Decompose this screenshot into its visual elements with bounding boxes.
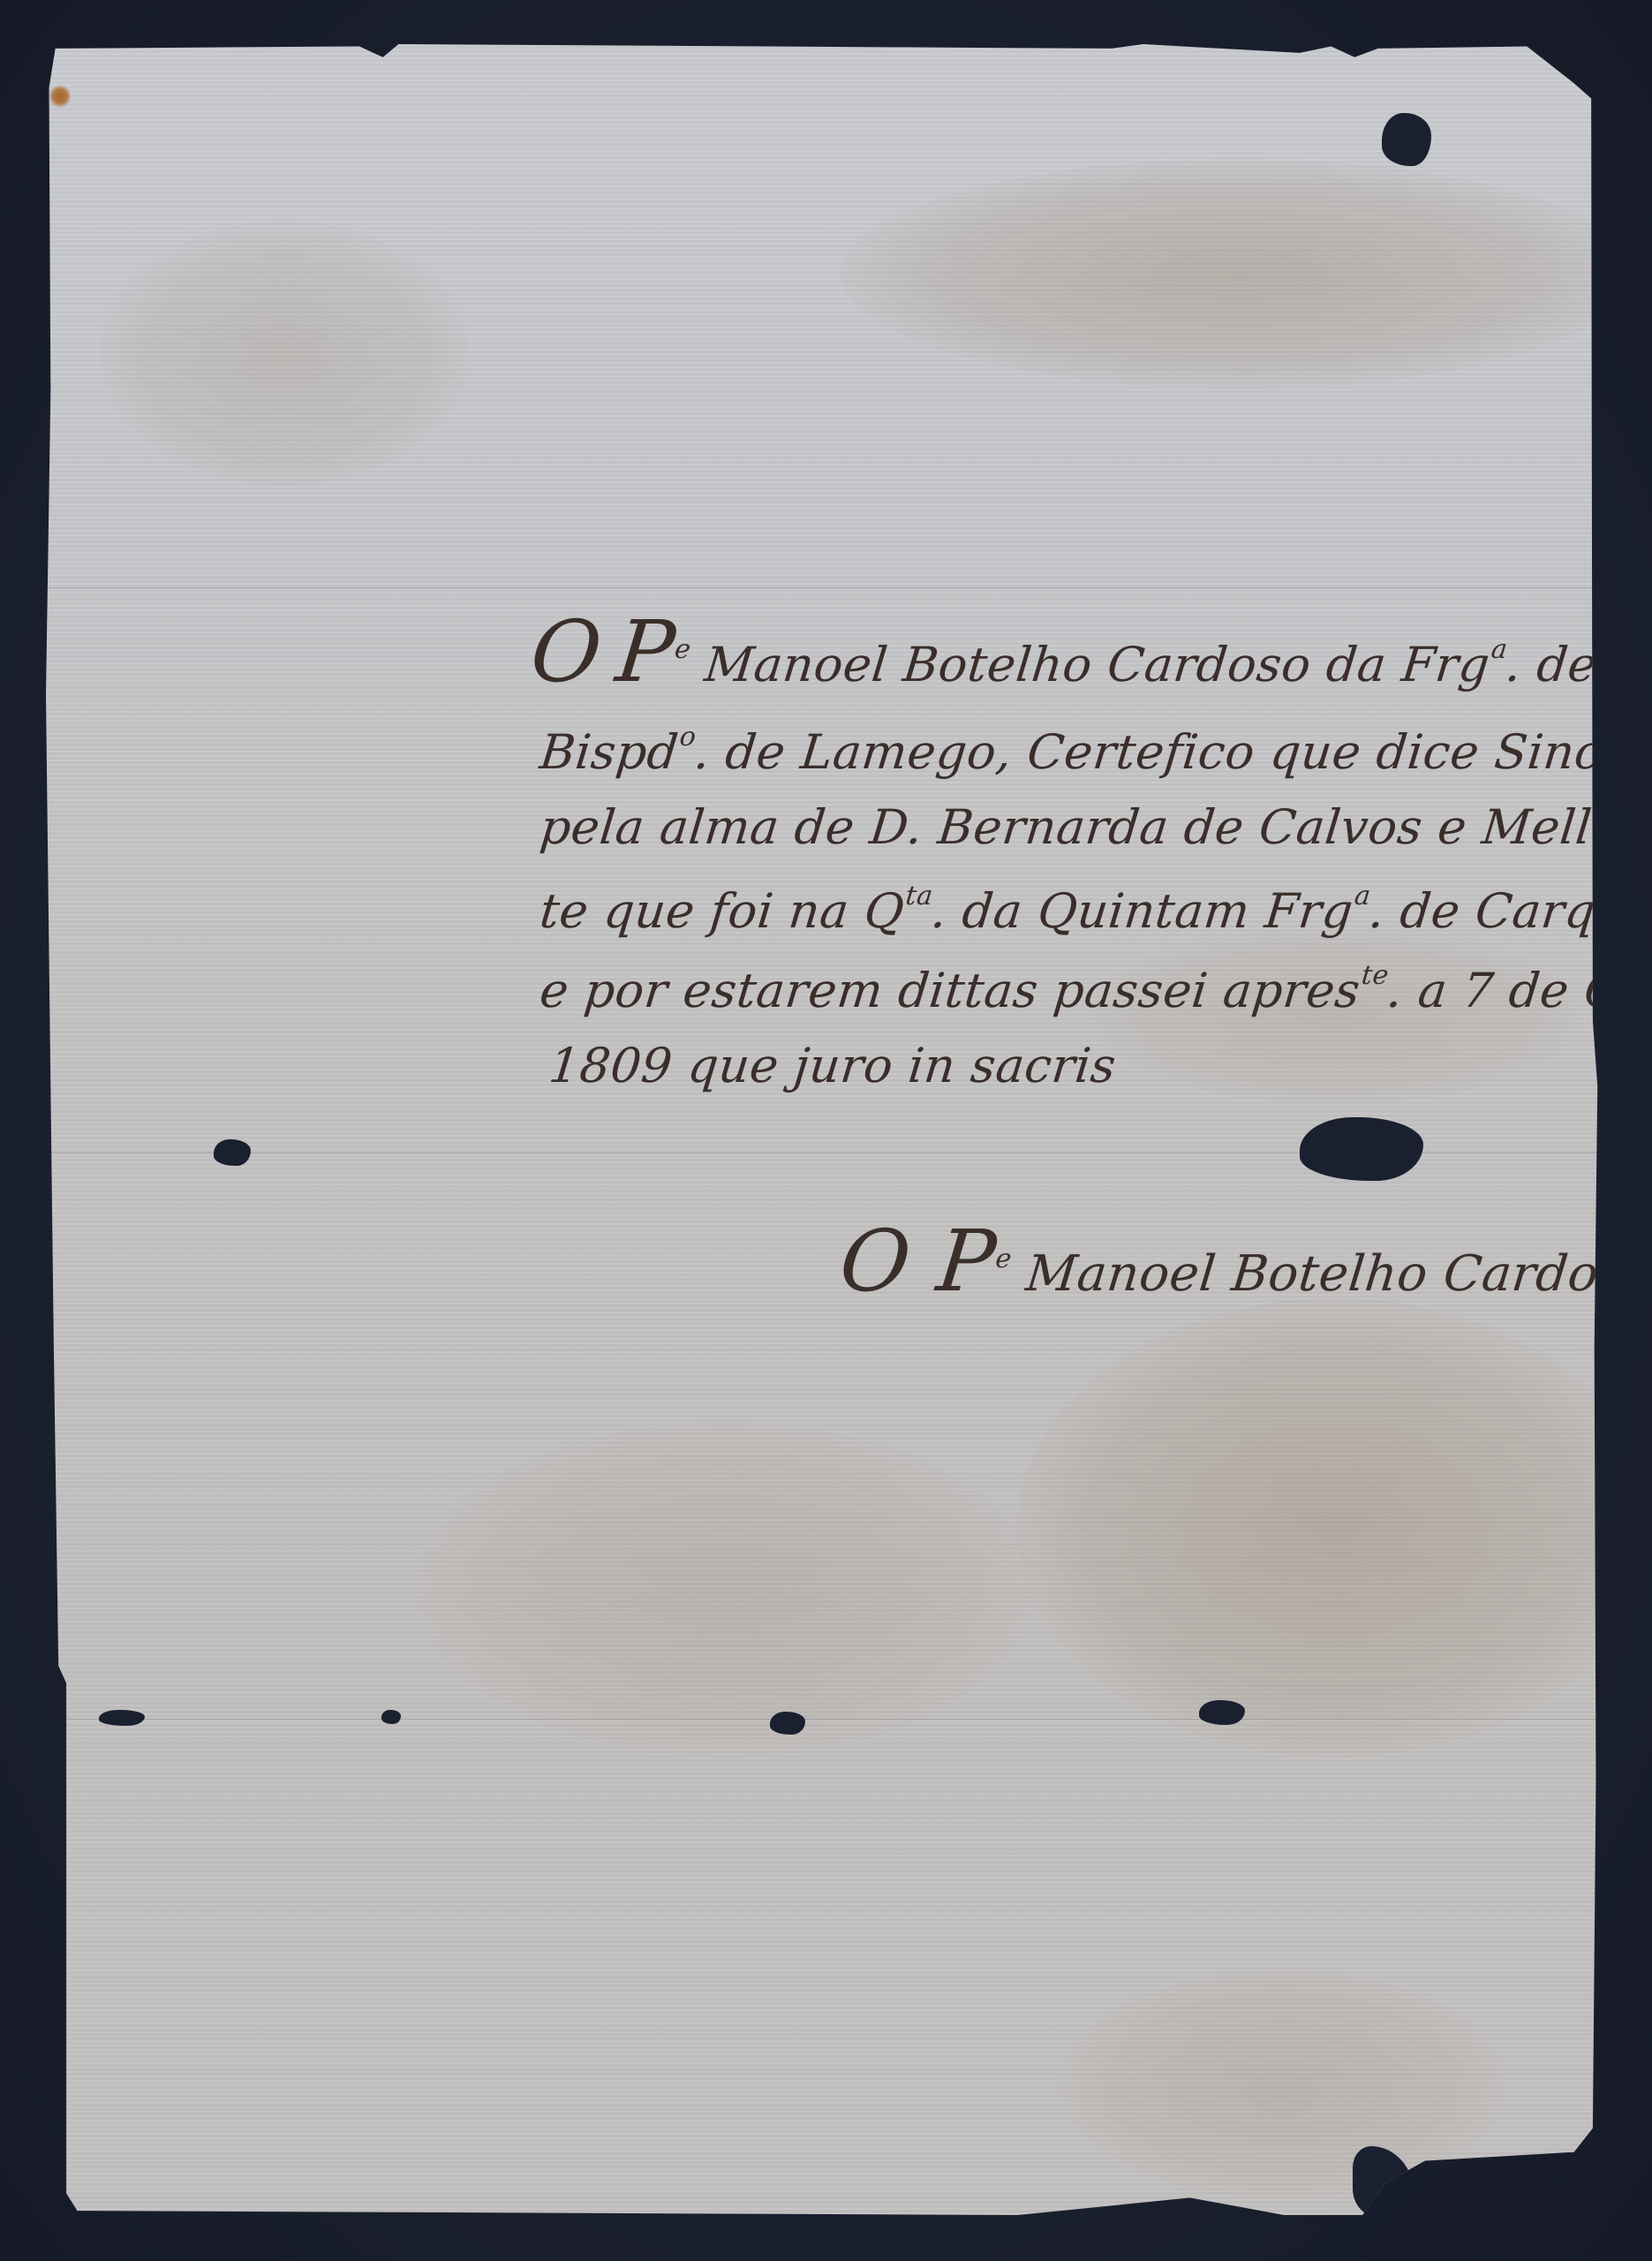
- signature-initials: O P: [835, 1212, 1000, 1311]
- superscript: ta: [904, 881, 935, 911]
- initial-p: P: [612, 602, 680, 701]
- fold-hole-right: [1300, 1117, 1423, 1181]
- fold-hole: [381, 1710, 401, 1724]
- superscript: te: [1360, 960, 1390, 991]
- line-text: te que foi na Q: [537, 883, 907, 939]
- line-text: . de Lamego, Certefico que dice Sincoent…: [691, 724, 1652, 780]
- fold-hole: [99, 1710, 145, 1726]
- aged-paper-sheet: O Pe Manoel Botelho Cardoso da Frga. de …: [46, 44, 1613, 2215]
- water-stain: [1017, 1298, 1652, 1758]
- line-text: Manoel Botelho Cardoso da Frg: [702, 637, 1492, 692]
- signature-name: Manoel Botelho Cardoso: [1023, 1245, 1652, 1303]
- water-stain: [99, 221, 470, 486]
- fold-line-3: [46, 1719, 1613, 1721]
- water-stain: [841, 159, 1635, 389]
- fold-line-1: [46, 587, 1613, 590]
- text-line-6: 1809 que juro in sacris: [547, 1042, 1118, 1090]
- line-text: e por estarem dittas passei apres: [537, 963, 1362, 1018]
- text-line-2: Bispdo. de Lamego, Certefico que dice Si…: [538, 724, 1652, 776]
- signature: O Pe Manoel Botelho Cardoso: [836, 1219, 1652, 1304]
- line-text: 1809 que juro in sacris: [547, 1038, 1119, 1093]
- text-line-4: te que foi na Qta. da Quintam Frga. de C…: [538, 883, 1652, 935]
- superscript: e: [994, 1244, 1014, 1274]
- superscript: e: [673, 634, 692, 665]
- line-text: Bispd: [537, 724, 681, 780]
- fold-hole: [770, 1712, 805, 1735]
- text-line-5: e por estarem dittas passei apreste. a 7…: [538, 963, 1652, 1015]
- worm-hole-top-right: [1382, 113, 1431, 166]
- text-line-3: pela alma de D. Bernarda de Calvos e Mel…: [538, 804, 1652, 851]
- line-text: . da Quintam Frg: [929, 883, 1356, 939]
- fold-hole-left: [214, 1139, 251, 1166]
- line-text: pela alma de D. Bernarda de Calvos e Mel…: [538, 799, 1652, 855]
- initial-o: O: [526, 602, 607, 701]
- fold-hole: [1199, 1700, 1245, 1725]
- rust-spot: [49, 85, 71, 108]
- text-line-1: O Pe Manoel Botelho Cardoso da Frga. de …: [527, 609, 1652, 694]
- water-stain: [417, 1422, 1035, 1758]
